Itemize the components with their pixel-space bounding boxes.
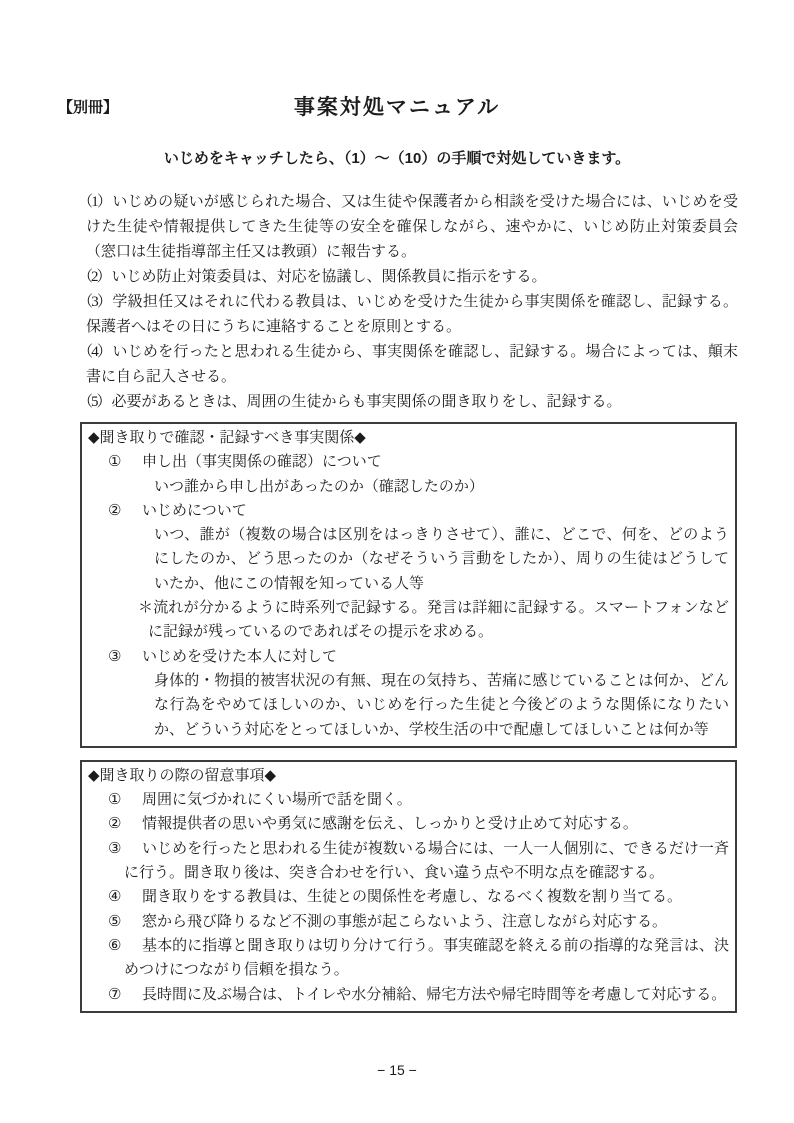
fact-check-item-title-line: ③いじめを受けた本人に対して [88,645,729,669]
circled-number: ① [108,450,128,474]
procedure-item-text: 学級担任又はそれに代わる教員は、いじめを受けた生徒から事実関係を確認し、記録する… [86,294,738,335]
fact-check-list: ①申し出（事実関係の確認）について いつ誰から申し出があったのか（確認したのか）… [88,450,729,742]
circled-number: ② [108,812,128,836]
precaution-item: ⑥基本的に指導と聞き取りは切り分けて行う。事実確認を終える前の指導的な発言は、決… [108,934,729,983]
fact-check-item-title: いじめを受けた本人に対して [142,649,337,665]
fact-check-item: ②いじめについて いつ、誰が（複数の場合は区別をはっきりさせて）、誰に、どこで、… [88,499,729,645]
precautions-box-heading: ◆聞き取りの際の留意事項◆ [88,764,729,788]
document-body: （1）いじめの疑いが感じられた場合、又は生徒や保護者から相談を受けた場合には、い… [0,190,794,1013]
fact-check-item-detail: いつ、誰が（複数の場合は区別をはっきりさせて）、誰に、どこで、何を、どのようにし… [154,523,729,596]
circled-number: ③ [108,837,128,861]
precaution-item-text: 長時間に及ぶ場合は、トイレや水分補給、帰宅方法や帰宅時間等を考慮して対応する。 [142,987,726,1003]
procedure-item-number: （3） [78,294,110,310]
fact-check-item-detail: いつ誰から申し出があったのか（確認したのか） [154,475,729,499]
procedure-item: （5）必要があるときは、周囲の生徒からも事実関係の聞き取りをし、記録する。 [78,390,738,415]
procedure-item-number: （2） [78,269,110,285]
precaution-item: ②情報提供者の思いや勇気に感謝を伝え、しっかりと受け止めて対応する。 [108,812,729,836]
precaution-item-text: いじめを行ったと思われる生徒が複数いる場合には、一人一人個別に、できるだけ一斉に… [124,841,729,881]
subtitle: いじめをキャッチしたら、（1）～（10）の手順で対処していきます。 [0,147,794,168]
circled-number: ⑦ [108,983,128,1007]
precaution-item: ⑤窓から飛び降りるなど不測の事態が起こらないよう、注意しながら対応する。 [108,910,729,934]
precaution-item-text: 周囲に気づかれにくい場所で話を聞く。 [142,792,412,808]
procedure-item-number: （4） [78,344,110,360]
procedure-item-number: （5） [78,394,110,410]
procedure-item-text: いじめの疑いが感じられた場合、又は生徒や保護者から相談を受けた場合には、いじめを… [86,194,738,260]
fact-check-item: ③いじめを受けた本人に対して 身体的・物損的被害状況の有無、現在の気持ち、苦痛に… [88,645,729,742]
procedure-item-text: 必要があるときは、周囲の生徒からも事実関係の聞き取りをし、記録する。 [112,394,622,410]
fact-check-item: ①申し出（事実関係の確認）について いつ誰から申し出があったのか（確認したのか） [88,450,729,499]
precaution-item-text: 聞き取りをする教員は、生徒との関係性を考慮し、なるべく複数を割り当てる。 [142,889,682,905]
circled-number: ⑤ [108,910,128,934]
procedure-item: （4）いじめを行ったと思われる生徒から、事実関係を確認し、記録する。場合によって… [78,340,738,390]
precaution-item-text: 窓から飛び降りるなど不測の事態が起こらないよう、注意しながら対応する。 [142,914,667,930]
precaution-item: ③いじめを行ったと思われる生徒が複数いる場合には、一人一人個別に、できるだけ一斉… [108,837,729,886]
circled-number: ⑥ [108,934,128,958]
fact-check-item-detail: 身体的・物損的被害状況の有無、現在の気持ち、苦痛に感じていることは何か、どんな行… [154,669,729,742]
document-page: 【別冊】 事案対処マニュアル いじめをキャッチしたら、（1）～（10）の手順で対… [0,0,794,1123]
circled-number: ④ [108,885,128,909]
procedure-item: （3）学級担任又はそれに代わる教員は、いじめを受けた生徒から事実関係を確認し、記… [78,290,738,340]
fact-check-box: ◆聞き取りで確認・記録すべき事実関係◆ ①申し出（事実関係の確認）について いつ… [80,422,737,748]
procedure-item-text: いじめを行ったと思われる生徒から、事実関係を確認し、記録する。場合によっては、顛… [86,344,738,385]
precautions-list: ①周囲に気づかれにくい場所で話を聞く。 ②情報提供者の思いや勇気に感謝を伝え、し… [88,788,729,1007]
fact-check-item-title: いじめについて [142,503,247,519]
procedure-item: （2）いじめ防止対策委員は、対応を協議し、関係教員に指示をする。 [78,265,738,290]
fact-check-item-note: ＊流れが分かるように時系列で記録する。発言は詳細に記録する。スマートフォンなどに… [138,596,729,645]
procedure-item: （1）いじめの疑いが感じられた場合、又は生徒や保護者から相談を受けた場合には、い… [78,190,738,265]
procedure-list: （1）いじめの疑いが感じられた場合、又は生徒や保護者から相談を受けた場合には、い… [78,190,738,415]
precaution-item: ④聞き取りをする教員は、生徒との関係性を考慮し、なるべく複数を割り当てる。 [108,885,729,909]
procedure-item-text: いじめ防止対策委員は、対応を協議し、関係教員に指示をする。 [112,269,547,285]
page-number: − 15 − [0,1062,794,1078]
fact-check-item-title-line: ②いじめについて [88,499,729,523]
precaution-item: ⑦長時間に及ぶ場合は、トイレや水分補給、帰宅方法や帰宅時間等を考慮して対応する。 [108,983,729,1007]
fact-check-item-title-line: ①申し出（事実関係の確認）について [88,450,729,474]
precautions-box: ◆聞き取りの際の留意事項◆ ①周囲に気づかれにくい場所で話を聞く。 ②情報提供者… [80,760,737,1013]
page-title: 事案対処マニュアル [0,91,794,121]
fact-check-item-title: 申し出（事実関係の確認）について [142,454,382,470]
procedure-item-number: （1） [78,194,110,210]
circled-number: ① [108,788,128,812]
precaution-item-text: 情報提供者の思いや勇気に感謝を伝え、しっかりと受け止めて対応する。 [142,816,638,832]
fact-check-box-heading: ◆聞き取りで確認・記録すべき事実関係◆ [88,426,729,450]
circled-number: ② [108,499,128,523]
circled-number: ③ [108,645,128,669]
precaution-item: ①周囲に気づかれにくい場所で話を聞く。 [108,788,729,812]
precaution-item-text: 基本的に指導と聞き取りは切り分けて行う。事実確認を終える前の指導的な発言は、決め… [124,938,729,978]
